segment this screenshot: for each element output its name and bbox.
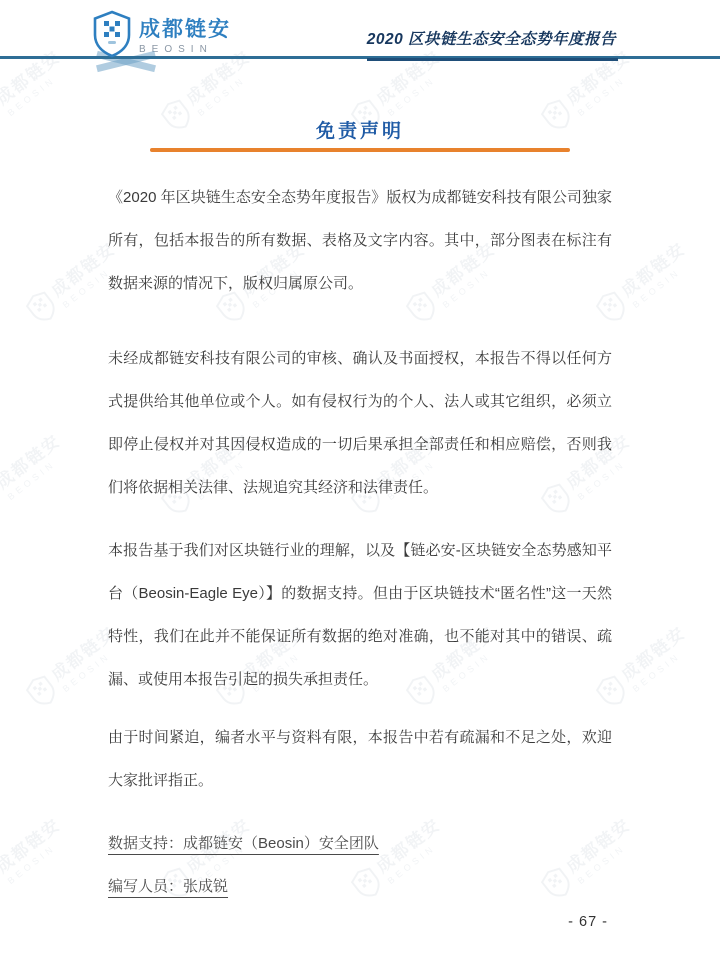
page-content: 免责声明 《2020 年区块链生态安全态势年度报告》版权为成都链安科技有限公司独… (0, 0, 720, 958)
disclaimer-paragraph: 未经成都链安科技有限公司的审核、确认及书面授权，本报告不得以任何方式提供给其他单… (108, 337, 612, 509)
disclaimer-paragraph: 《2020 年区块链生态安全态势年度报告》版权为成都链安科技有限公司独家所有，包… (108, 176, 612, 305)
disclaimer-paragraph: 由于时间紧迫，编者水平与资料有限，本报告中若有疏漏和不足之处，欢迎大家批评指正。 (108, 716, 612, 802)
page-header: 成都链安 BEOSIN 2020 区块链生态安全态势年度报告 (0, 0, 720, 80)
logo-text: 成都链安 BEOSIN (139, 18, 231, 55)
brand-name-cn: 成都链安 (139, 18, 231, 42)
credits-block: 数据支持：成都链安（Beosin）安全团队 编写人员：张成锐 (108, 822, 612, 908)
data-support-credit: 数据支持：成都链安（Beosin）安全团队 (108, 822, 379, 865)
page-title: 免责声明 (0, 116, 720, 143)
disclaimer-paragraph: 本报告基于我们对区块链行业的理解，以及【链必安-区块链安全态势感知平台（Beos… (108, 529, 612, 701)
author-credit: 编写人员：张成锐 (108, 865, 228, 908)
shield-logo-icon (92, 10, 132, 63)
page-number: - 67 - (568, 914, 608, 930)
report-title: 2020 区块链生态安全态势年度报告 (367, 27, 616, 49)
report-page: 成都链安BEOSIN成都链安BEOSIN成都链安BEOSIN成都链安BEOSIN… (0, 0, 720, 958)
report-title-underline (367, 58, 618, 61)
title-divider (150, 148, 570, 152)
